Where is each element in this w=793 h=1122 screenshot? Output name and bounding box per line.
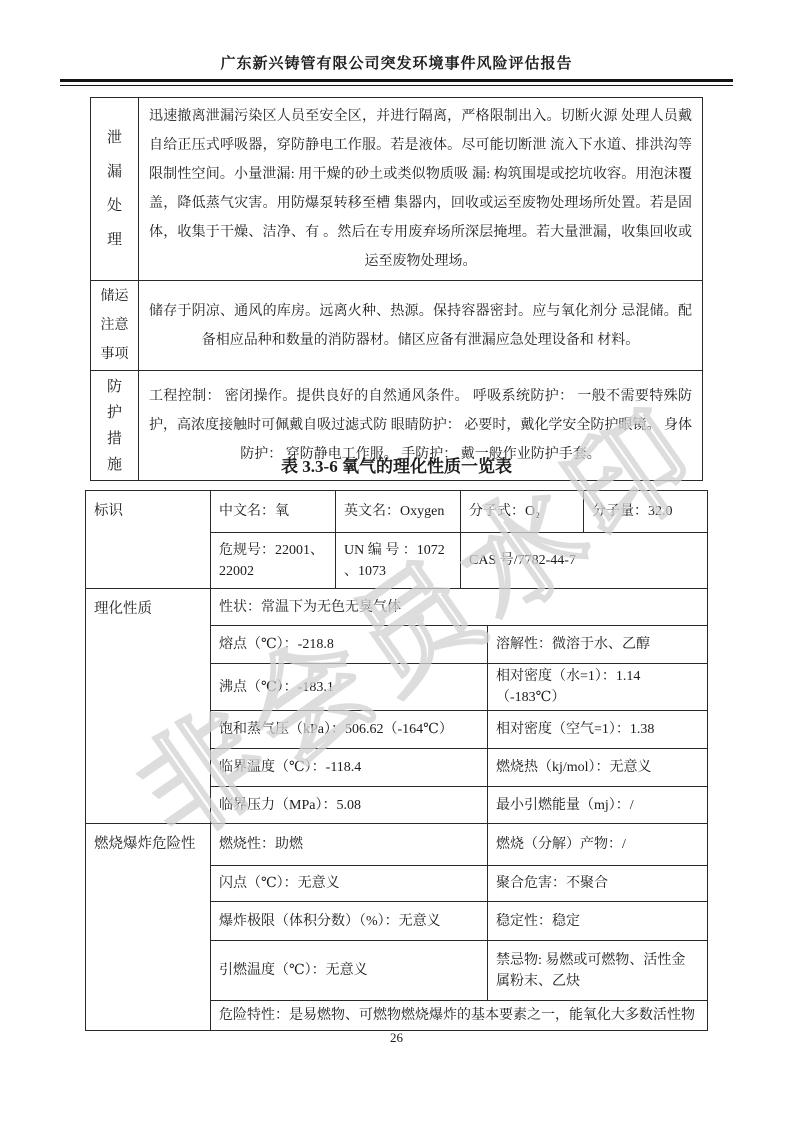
cell-flammability: 燃烧性：助燃 xyxy=(211,824,488,866)
cell-en-name: 英文名：Oxygen xyxy=(336,491,461,533)
cell-rel-density-air: 相对密度（空气=1）：1.38 xyxy=(488,711,708,749)
cell-appearance: 性状：常温下为无色无臭气体 xyxy=(211,589,708,626)
cell-un-no: UN 编 号 ：1072 、1073 xyxy=(336,533,461,589)
cell-melting-point: 熔点（℃）：-218.8 xyxy=(211,626,488,664)
report-header-title: 广东新兴铸管有限公司突发环境事件风险评估报告 xyxy=(0,52,793,73)
cell-danger-no: 危规号：22001、22002 xyxy=(211,533,336,589)
cell-hazard-characteristics: 危险特性：是易燃物、可燃物燃烧爆炸的基本要素之一，能氧化大多数活性物 xyxy=(211,1001,708,1031)
leak-handling-text: 迅速撤离泄漏污染区人员至安全区，并进行隔离，严格限制出入。切断火源 处理人员戴自… xyxy=(139,98,703,281)
cell-min-ignition-energy: 最小引燃能量（mj）：/ xyxy=(488,787,708,824)
cell-combustion-heat: 燃烧热（kj/mol）：无意义 xyxy=(488,749,708,787)
row-label-leak-handling: 泄 漏 处 理 xyxy=(91,98,139,281)
header-divider xyxy=(60,79,733,86)
cell-explosion-limit: 爆炸极限（体积分数）（%）：无意义 xyxy=(211,902,488,941)
cell-critical-pressure: 临界压力（MPa）：5.08 xyxy=(211,787,488,824)
table-caption: 表 3.3-6 氧气的理化性质一览表 xyxy=(0,452,793,477)
cell-combustion-products: 燃烧（分解）产物：/ xyxy=(488,824,708,866)
hazard-handling-table: 泄 漏 处 理 迅速撤离泄漏污染区人员至安全区，并进行隔离，严格限制出入。切断火… xyxy=(90,97,703,481)
table-row: 储运 注意 事项 储存于阴凉、通风的库房。远离火种、热源。保持容器密封。应与氧化… xyxy=(91,281,703,371)
cell-solubility: 溶解性：微溶于水、乙醇 xyxy=(488,626,708,664)
document-page: 广东新兴铸管有限公司突发环境事件风险评估报告 泄 漏 处 理 迅速撤离泄漏污染区… xyxy=(0,0,793,1122)
cell-rel-density-water: 相对密度（水=1）：1.14（-183℃） xyxy=(488,664,708,711)
cell-flash-point: 闪点（℃）：无意义 xyxy=(211,866,488,902)
section-label-physchem: 理化性质 xyxy=(86,589,211,824)
cell-incompatibles: 禁忌物: 易燃或可燃物、活性金属粉末、乙炔 xyxy=(488,941,708,1001)
oxygen-properties-table: 标识 中文名：氧 英文名：Oxygen 分子式：O₂ 分子量：32.0 危规号：… xyxy=(85,490,708,1031)
cell-ignition-temp: 引燃温度（℃）：无意义 xyxy=(211,941,488,1001)
section-label-explosion: 燃烧爆炸危险性 xyxy=(86,824,211,1031)
table-row: 泄 漏 处 理 迅速撤离泄漏污染区人员至安全区，并进行隔离，严格限制出入。切断火… xyxy=(91,98,703,281)
cell-critical-temp: 临界温度（℃）：-118.4 xyxy=(211,749,488,787)
cell-cas: CAS 号/7782-44-7 xyxy=(461,533,708,589)
cell-formula: 分子式：O₂ xyxy=(461,491,584,533)
section-label-identification: 标识 xyxy=(86,491,211,589)
cell-boiling-point: 沸点（℃）：-183.1 xyxy=(211,664,488,711)
storage-notes-text: 储存于阴凉、通风的库房。远离火种、热源。保持容器密封。应与氧化剂分 忌混储。配备… xyxy=(139,281,703,371)
table-row: 理化性质 性状：常温下为无色无臭气体 xyxy=(86,589,708,626)
page-number: 26 xyxy=(0,1030,793,1046)
cell-sat-vapor-pressure: 饱和蒸气压（kPa）：506.62（-164℃） xyxy=(211,711,488,749)
cell-cn-name: 中文名：氧 xyxy=(211,491,336,533)
cell-mol-weight: 分子量：32.0 xyxy=(584,491,708,533)
table-row: 燃烧爆炸危险性 燃烧性：助燃 燃烧（分解）产物：/ xyxy=(86,824,708,866)
table-row: 标识 中文名：氧 英文名：Oxygen 分子式：O₂ 分子量：32.0 xyxy=(86,491,708,533)
cell-polymerization-hazard: 聚合危害：不聚合 xyxy=(488,866,708,902)
cell-stability: 稳定性：稳定 xyxy=(488,902,708,941)
row-label-storage-notes: 储运 注意 事项 xyxy=(91,281,139,371)
